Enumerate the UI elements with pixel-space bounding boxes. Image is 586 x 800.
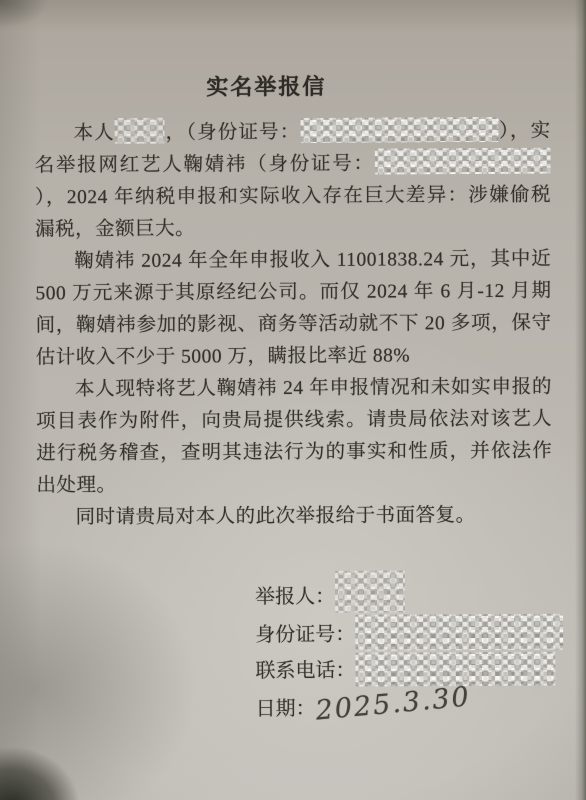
redaction-pixelated xyxy=(115,118,165,144)
letter-paragraph: 鞠婧祎 2024 年全年申报收入 11001838.24 元，其中近 500 万… xyxy=(35,244,552,375)
redaction-pixelated xyxy=(375,148,551,175)
signature-label: 日期： xyxy=(256,698,316,720)
signature-block: 举报人：身份证号：联系电话：日期：2025.3.30 xyxy=(255,570,554,728)
redaction-pixelated xyxy=(300,117,498,143)
redaction-pixelated xyxy=(335,570,405,612)
paragraph-text: ），2024 年纳税申报和实际收入存在巨大差异：涉嫌偷税漏税，金额巨大。 xyxy=(35,185,551,241)
signature-row: 举报人： xyxy=(255,570,553,616)
letter-paragraph: 本人，（身份证号：），实名举报网红艺人鞠婧祎（身份证号：），2024 年纳税申报… xyxy=(35,116,552,247)
report-letter-document: 实名举报信 本人，（身份证号：），实名举报网红艺人鞠婧祎（身份证号：），2024… xyxy=(0,0,586,800)
signature-label: 举报人： xyxy=(255,586,335,608)
signature-row: 日期：2025.3.30 xyxy=(256,688,554,728)
letter-title: 实名举报信 xyxy=(8,69,524,103)
signature-row: 身份证号： xyxy=(255,614,553,654)
redaction-pixelated xyxy=(355,614,563,651)
letter-body: 本人，（身份证号：），实名举报网红艺人鞠婧祎（身份证号：），2024 年纳税申报… xyxy=(35,116,553,535)
paragraph-text: 本人 xyxy=(74,123,115,144)
signature-label: 身份证号： xyxy=(255,624,355,647)
signature-label: 联系电话： xyxy=(255,660,355,683)
letter-paragraph: 同时请贵局对本人的此次举报给于书面答复。 xyxy=(37,500,553,535)
letter-photo: 实名举报信 本人，（身份证号：），实名举报网红艺人鞠婧祎（身份证号：），2024… xyxy=(0,0,586,800)
paragraph-text: ，（身份证号： xyxy=(165,122,301,144)
letter-paragraph: 本人现特将艺人鞠婧祎 24 年申报情况和未如实申报的项目表作为附件，向贵局提供线… xyxy=(36,372,553,503)
signature-row: 联系电话： xyxy=(255,652,553,690)
